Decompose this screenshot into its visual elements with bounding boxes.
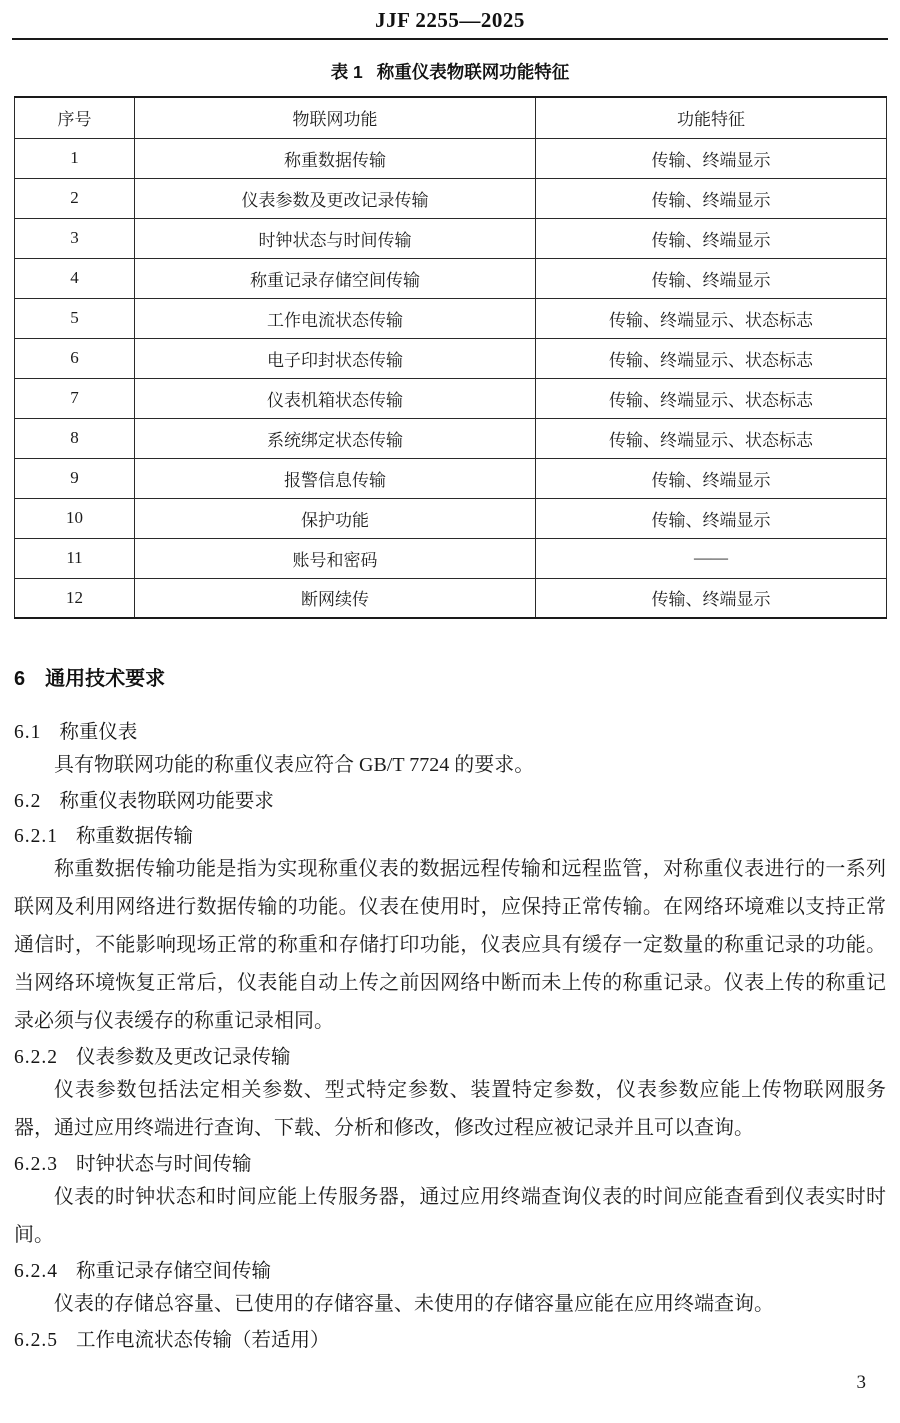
table-cell: 4 — [15, 258, 135, 298]
section-number: 6.2.2 — [14, 1047, 58, 1068]
section-number: 6.2.4 — [14, 1261, 58, 1282]
section-number: 6.2 — [14, 791, 41, 812]
table-header-row: 序号 物联网功能 功能特征 — [15, 97, 887, 138]
table-cell: 称重记录存储空间传输 — [135, 258, 536, 298]
table-row: 7仪表机箱状态传输传输、终端显示、状态标志 — [15, 378, 887, 418]
section-number: 6.2.3 — [14, 1154, 58, 1175]
table-cell: 仪表参数及更改记录传输 — [135, 178, 536, 218]
table-cell: 保护功能 — [135, 498, 536, 538]
table-cell: 5 — [15, 298, 135, 338]
section-title: 时钟状态与时间传输 — [76, 1153, 252, 1175]
section-number: 6.2.5 — [14, 1330, 58, 1351]
section-heading: 6通用技术要求 — [14, 665, 886, 693]
table-row: 6电子印封状态传输传输、终端显示、状态标志 — [15, 338, 887, 378]
table-cell: 时钟状态与时间传输 — [135, 218, 536, 258]
section-heading: 6.1称重仪表 — [14, 719, 886, 746]
iot-table-body: 1称重数据传输传输、终端显示2仪表参数及更改记录传输传输、终端显示3时钟状态与时… — [15, 138, 887, 618]
table-cell: 传输、终端显示 — [536, 218, 887, 258]
body-content: 6通用技术要求6.1称重仪表具有物联网功能的称重仪表应符合 GB/T 7724 … — [0, 665, 900, 1354]
table-row: 1称重数据传输传输、终端显示 — [15, 138, 887, 178]
table-row: 11账号和密码—— — [15, 538, 887, 578]
table-cell: —— — [536, 538, 887, 578]
table-cell: 3 — [15, 218, 135, 258]
paragraph: 仪表参数包括法定相关参数、型式特定参数、装置特定参数，仪表参数应能上传物联网服务… — [14, 1071, 886, 1147]
table-row: 9报警信息传输传输、终端显示 — [15, 458, 887, 498]
section-heading: 6.2称重仪表物联网功能要求 — [14, 788, 886, 815]
table-cell: 账号和密码 — [135, 538, 536, 578]
table-row: 10保护功能传输、终端显示 — [15, 498, 887, 538]
table-cell: 传输、终端显示 — [536, 138, 887, 178]
table-cell: 传输、终端显示 — [536, 258, 887, 298]
document-page: JJF 2255—2025 表 1称重仪表物联网功能特征 序号 物联网功能 功能… — [0, 0, 900, 1423]
paragraph: 具有物联网功能的称重仪表应符合 GB/T 7724 的要求。 — [14, 746, 886, 784]
section-title: 称重仪表物联网功能要求 — [59, 790, 274, 812]
section-heading: 6.2.3时钟状态与时间传输 — [14, 1151, 886, 1178]
section-heading: 6.2.2仪表参数及更改记录传输 — [14, 1044, 886, 1071]
section-title: 称重记录存储空间传输 — [76, 1260, 271, 1282]
paragraph: 仪表的存储总容量、已使用的存储容量、未使用的存储容量应能在应用终端查询。 — [14, 1285, 886, 1323]
table-cell: 传输、终端显示 — [536, 458, 887, 498]
table-cell: 6 — [15, 338, 135, 378]
table-cell: 10 — [15, 498, 135, 538]
table-row: 8系统绑定状态传输传输、终端显示、状态标志 — [15, 418, 887, 458]
table-cell: 1 — [15, 138, 135, 178]
table-cell: 8 — [15, 418, 135, 458]
page-number: 3 — [857, 1372, 867, 1394]
table-row: 12断网续传传输、终端显示 — [15, 578, 887, 618]
section-title: 通用技术要求 — [45, 668, 165, 690]
table-cell: 电子印封状态传输 — [135, 338, 536, 378]
header-rule — [12, 38, 888, 40]
table-cell: 9 — [15, 458, 135, 498]
table-cell: 传输、终端显示、状态标志 — [536, 418, 887, 458]
table-cell: 7 — [15, 378, 135, 418]
section-title: 工作电流状态传输（若适用） — [76, 1329, 330, 1351]
table-row: 5工作电流状态传输传输、终端显示、状态标志 — [15, 298, 887, 338]
table-caption: 表 1称重仪表物联网功能特征 — [0, 63, 900, 81]
table-cell: 报警信息传输 — [135, 458, 536, 498]
section-heading: 6.2.5工作电流状态传输（若适用） — [14, 1327, 886, 1354]
section-number: 6 — [14, 668, 25, 690]
table-cell: 传输、终端显示、状态标志 — [536, 378, 887, 418]
section-heading: 6.2.1称重数据传输 — [14, 823, 886, 850]
section-heading: 6.2.4称重记录存储空间传输 — [14, 1258, 886, 1285]
paragraph: 称重数据传输功能是指为实现称重仪表的数据远程传输和远程监管，对称重仪表进行的一系… — [14, 850, 886, 1040]
table-row: 2仪表参数及更改记录传输传输、终端显示 — [15, 178, 887, 218]
table-cell: 系统绑定状态传输 — [135, 418, 536, 458]
table-cell: 传输、终端显示 — [536, 498, 887, 538]
table-cell: 2 — [15, 178, 135, 218]
table-cell: 断网续传 — [135, 578, 536, 618]
table-cell: 12 — [15, 578, 135, 618]
table-cell: 传输、终端显示、状态标志 — [536, 338, 887, 378]
table-cell: 传输、终端显示 — [536, 178, 887, 218]
table-caption-label: 表 1 — [331, 62, 363, 82]
document-number: JJF 2255—2025 — [0, 0, 900, 31]
table-cell: 11 — [15, 538, 135, 578]
section-title: 称重数据传输 — [76, 825, 193, 847]
table-row: 4称重记录存储空间传输传输、终端显示 — [15, 258, 887, 298]
section-number: 6.2.1 — [14, 826, 58, 847]
column-header-index: 序号 — [15, 97, 135, 138]
table-cell: 仪表机箱状态传输 — [135, 378, 536, 418]
paragraph: 仪表的时钟状态和时间应能上传服务器，通过应用终端查询仪表的时间应能查看到仪表实时… — [14, 1178, 886, 1254]
table-row: 3时钟状态与时间传输传输、终端显示 — [15, 218, 887, 258]
section-title: 仪表参数及更改记录传输 — [76, 1046, 291, 1068]
section-title: 称重仪表 — [59, 721, 137, 743]
iot-functions-table: 序号 物联网功能 功能特征 1称重数据传输传输、终端显示2仪表参数及更改记录传输… — [14, 96, 887, 619]
table-cell: 传输、终端显示、状态标志 — [536, 298, 887, 338]
table-cell: 工作电流状态传输 — [135, 298, 536, 338]
table-cell: 称重数据传输 — [135, 138, 536, 178]
column-header-feature: 功能特征 — [536, 97, 887, 138]
section-number: 6.1 — [14, 722, 41, 743]
table-caption-title: 称重仪表物联网功能特征 — [377, 62, 570, 82]
table-cell: 传输、终端显示 — [536, 578, 887, 618]
column-header-function: 物联网功能 — [135, 97, 536, 138]
